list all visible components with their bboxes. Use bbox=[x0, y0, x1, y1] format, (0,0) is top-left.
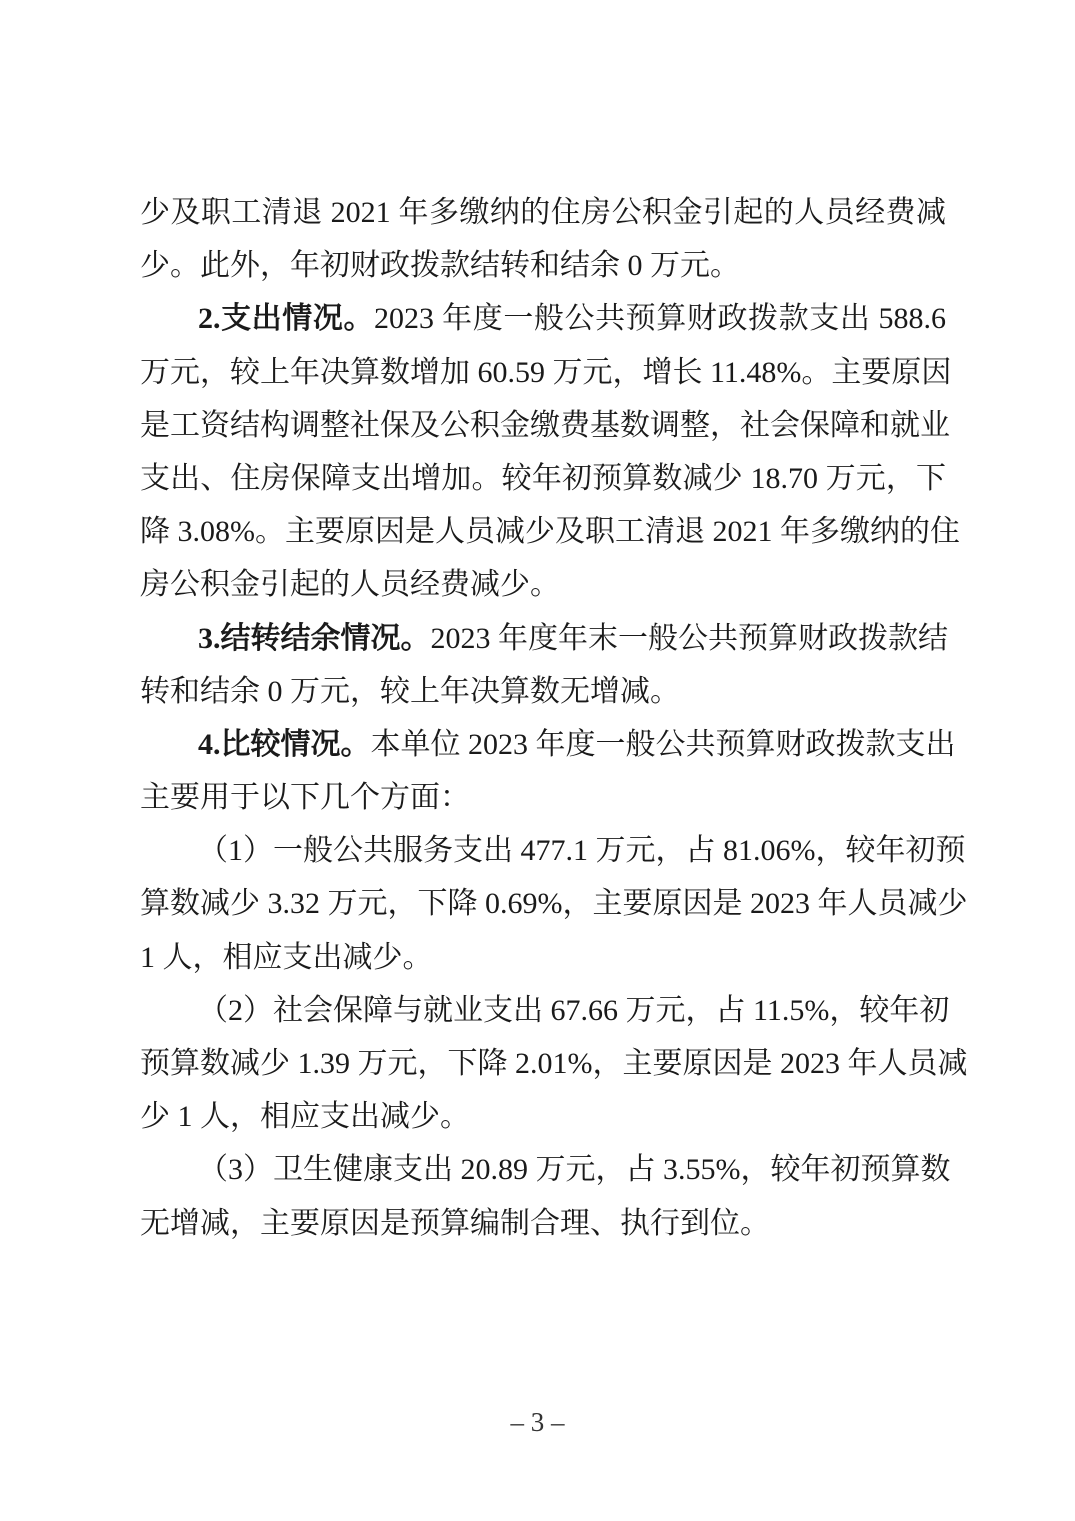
line-text: （2）社会保障与就业支出 67.66 万元，占 11.5%，较年初 bbox=[198, 994, 949, 1027]
document-page: 少及职工清退 2021 年多缴纳的住房公积金引起的人员经费减 少。此外，年初财政… bbox=[0, 0, 1075, 1521]
text-line: 算数减少 3.32 万元，下降 0.69%，主要原因是 2023 年人员减少 bbox=[140, 877, 946, 930]
line-text: 少及职工清退 2021 年多缴纳的住房公积金引起的人员经费减 bbox=[140, 196, 946, 229]
text-line: 万元，较上年决算数增加 60.59 万元，增长 11.48%。主要原因 bbox=[140, 346, 946, 399]
text-line: 4.比较情况。本单位 2023 年度一般公共预算财政拨款支出 bbox=[140, 718, 946, 771]
text-line: 1 人，相应支出减少。 bbox=[140, 931, 946, 984]
text-line: 降 3.08%。主要原因是人员减少及职工清退 2021 年多缴纳的住 bbox=[140, 505, 946, 558]
text-line: （3）卫生健康支出 20.89 万元，占 3.55%，较年初预算数 bbox=[140, 1143, 946, 1196]
line-text: 是工资结构调整社保及公积金缴费基数调整，社会保障和就业 bbox=[140, 409, 950, 442]
line-text: 少 1 人，相应支出减少。 bbox=[140, 1100, 470, 1133]
text-line: 2.支出情况。2023 年度一般公共预算财政拨款支出 588.6 bbox=[140, 292, 946, 345]
line-text: 少。此外，年初财政拨款结转和结余 0 万元。 bbox=[140, 249, 740, 282]
line-text: 转和结余 0 万元，较上年决算数无增减。 bbox=[140, 675, 680, 708]
line-text: 降 3.08%。主要原因是人员减少及职工清退 2021 年多缴纳的住 bbox=[140, 515, 960, 548]
line-text: （3）卫生健康支出 20.89 万元，占 3.55%，较年初预算数 bbox=[198, 1153, 951, 1186]
line-text: 无增减，主要原因是预算编制合理、执行到位。 bbox=[140, 1207, 770, 1240]
line-text: 主要用于以下几个方面： bbox=[140, 781, 470, 814]
section-heading: 4.比较情况。 bbox=[198, 728, 371, 761]
text-line: 无增减，主要原因是预算编制合理、执行到位。 bbox=[140, 1197, 946, 1250]
page-number: – 3 – bbox=[0, 1402, 1075, 1442]
text-line: 少及职工清退 2021 年多缴纳的住房公积金引起的人员经费减 bbox=[140, 186, 946, 239]
text-line: 主要用于以下几个方面： bbox=[140, 771, 946, 824]
line-text: （1）一般公共服务支出 477.1 万元，占 81.06%，较年初预 bbox=[198, 834, 966, 867]
text-block: 少及职工清退 2021 年多缴纳的住房公积金引起的人员经费减 少。此外，年初财政… bbox=[140, 186, 946, 1250]
text-line: （1）一般公共服务支出 477.1 万元，占 81.06%，较年初预 bbox=[140, 824, 946, 877]
line-text: 2023 年度一般公共预算财政拨款支出 588.6 bbox=[374, 302, 946, 335]
line-text: 2023 年度年末一般公共预算财政拨款结 bbox=[431, 622, 949, 655]
text-line: 房公积金引起的人员经费减少。 bbox=[140, 558, 946, 611]
line-text: 算数减少 3.32 万元，下降 0.69%，主要原因是 2023 年人员减少 bbox=[140, 887, 968, 920]
line-text: 房公积金引起的人员经费减少。 bbox=[140, 568, 560, 601]
section-heading: 2.支出情况。 bbox=[198, 302, 374, 335]
text-line: 3.结转结余情况。2023 年度年末一般公共预算财政拨款结 bbox=[140, 612, 946, 665]
text-line: 转和结余 0 万元，较上年决算数无增减。 bbox=[140, 665, 946, 718]
line-text: 万元，较上年决算数增加 60.59 万元，增长 11.48%。主要原因 bbox=[140, 356, 951, 389]
line-text: 1 人，相应支出减少。 bbox=[140, 941, 433, 974]
text-line: 少 1 人，相应支出减少。 bbox=[140, 1090, 946, 1143]
line-text: 预算数减少 1.39 万元，下降 2.01%，主要原因是 2023 年人员减 bbox=[140, 1047, 968, 1080]
text-line: 预算数减少 1.39 万元，下降 2.01%，主要原因是 2023 年人员减 bbox=[140, 1037, 946, 1090]
section-heading: 3.结转结余情况。 bbox=[198, 622, 431, 655]
text-line: 支出、住房保障支出增加。较年初预算数减少 18.70 万元，下 bbox=[140, 452, 946, 505]
line-text: 支出、住房保障支出增加。较年初预算数减少 18.70 万元，下 bbox=[140, 462, 946, 495]
line-text: 本单位 2023 年度一般公共预算财政拨款支出 bbox=[371, 728, 956, 761]
text-line: 少。此外，年初财政拨款结转和结余 0 万元。 bbox=[140, 239, 946, 292]
text-line: 是工资结构调整社保及公积金缴费基数调整，社会保障和就业 bbox=[140, 399, 946, 452]
text-line: （2）社会保障与就业支出 67.66 万元，占 11.5%，较年初 bbox=[140, 984, 946, 1037]
